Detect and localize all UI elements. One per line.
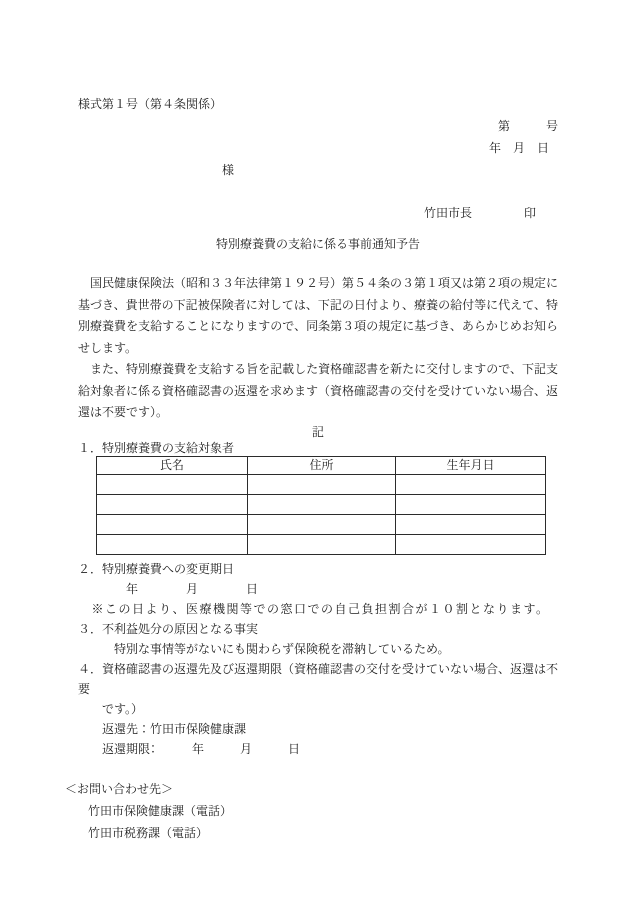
section-2-date-line: 年 月 日 [78,579,558,599]
document-title: 特別療養費の支給に係る事前通知予告 [78,233,558,255]
table-cell [248,534,396,554]
body-line: せします。 [78,338,558,360]
section-3-reason: 特別な事情等がないにも関わらず保険税を滞納しているため。 [78,639,558,659]
table-cell [396,534,546,554]
section-3-heading: ３．不利益処分の原因となる事実 [78,619,558,639]
table-row [97,494,546,514]
section-4-heading-line: ４．資格確認書の返還先及び返還期限（資格確認書の交付を受けていない場合、返還は不 [78,659,558,679]
addressee-line: 様 [222,159,558,181]
form-number: 様式第１号（第４条関係） [78,93,558,115]
table-cell [97,534,248,554]
table-row [97,474,546,494]
contact-line: 竹田市保険健康課（電話） [88,800,558,822]
section-2-note: ※この日より、医療機関等での窓口での自己負担割合が１０割となります。 [78,599,558,619]
contact-line: 竹田市税務課（電話） [88,822,558,844]
col-header-birthdate: 生年月日 [396,456,546,474]
ki-marker: 記 [78,424,558,440]
document-page: 様式第１号（第４条関係） 第 号 年 月 日 様 竹田市長印 特別療養費の支給に… [0,0,630,903]
body-line: 給対象者に係る資格確認書の返還を求めます（資格確認書の交付を受けていない場合、返 [78,381,558,403]
table-header-row: 氏名 住所 生年月日 [97,456,546,474]
seal-gap [472,216,524,217]
table-cell [396,514,546,534]
table-cell [248,494,396,514]
contact-heading: ＜お問い合わせ先＞ [65,778,558,800]
section-4-deadline: 返還期限： 年 月 日 [78,739,558,759]
table-cell [396,474,546,494]
issuer-name: 竹田市長 [424,206,472,220]
section-4-heading-wrap: です。） [78,699,558,719]
body-line: また、特別療養費を支給する旨を記載した資格確認書を新たに交付しますので、下記支 [78,359,558,381]
section-1-heading: １．特別療養費の支給対象者 [78,440,558,456]
table-cell [248,474,396,494]
section-4-heading-wrap: 要 [78,679,558,699]
table-cell [97,494,248,514]
col-header-address: 住所 [248,456,396,474]
seal-mark: 印 [524,206,536,220]
issue-date-line: 年 月 日 [78,137,558,159]
table-row [97,534,546,554]
table-cell [97,514,248,534]
issuer-line: 竹田市長印 [78,202,558,224]
recipients-table: 氏名 住所 生年月日 [96,456,546,555]
table-row [97,514,546,534]
body-line: 国民健康保険法（昭和３３年法律第１９２号）第５４条の３第１項又は第２項の規定に [78,273,558,295]
table-cell [396,494,546,514]
section-4-return-to: 返還先：竹田市保険健康課 [78,719,558,739]
paragraph-2: また、特別療養費を支給する旨を記載した資格確認書を新たに交付しますので、下記支 … [78,359,558,424]
document-number-line: 第 号 [78,115,558,137]
paragraph-1: 国民健康保険法（昭和３３年法律第１９２号）第５４条の３第１項又は第２項の規定に … [78,273,558,359]
body-line: 基づき、貴世帯の下記被保険者に対しては、下記の日付より、療養の給付等に代えて、特 [78,295,558,317]
section-2-heading: ２．特別療養費への変更期日 [78,559,558,579]
body-line: 還は不要です）。 [78,402,558,424]
col-header-name: 氏名 [97,456,248,474]
body-line: 別療養費を支給することになりますので、同条第３項の規定に基づき、あらかじめお知ら [78,316,558,338]
table-cell [248,514,396,534]
table-cell [97,474,248,494]
